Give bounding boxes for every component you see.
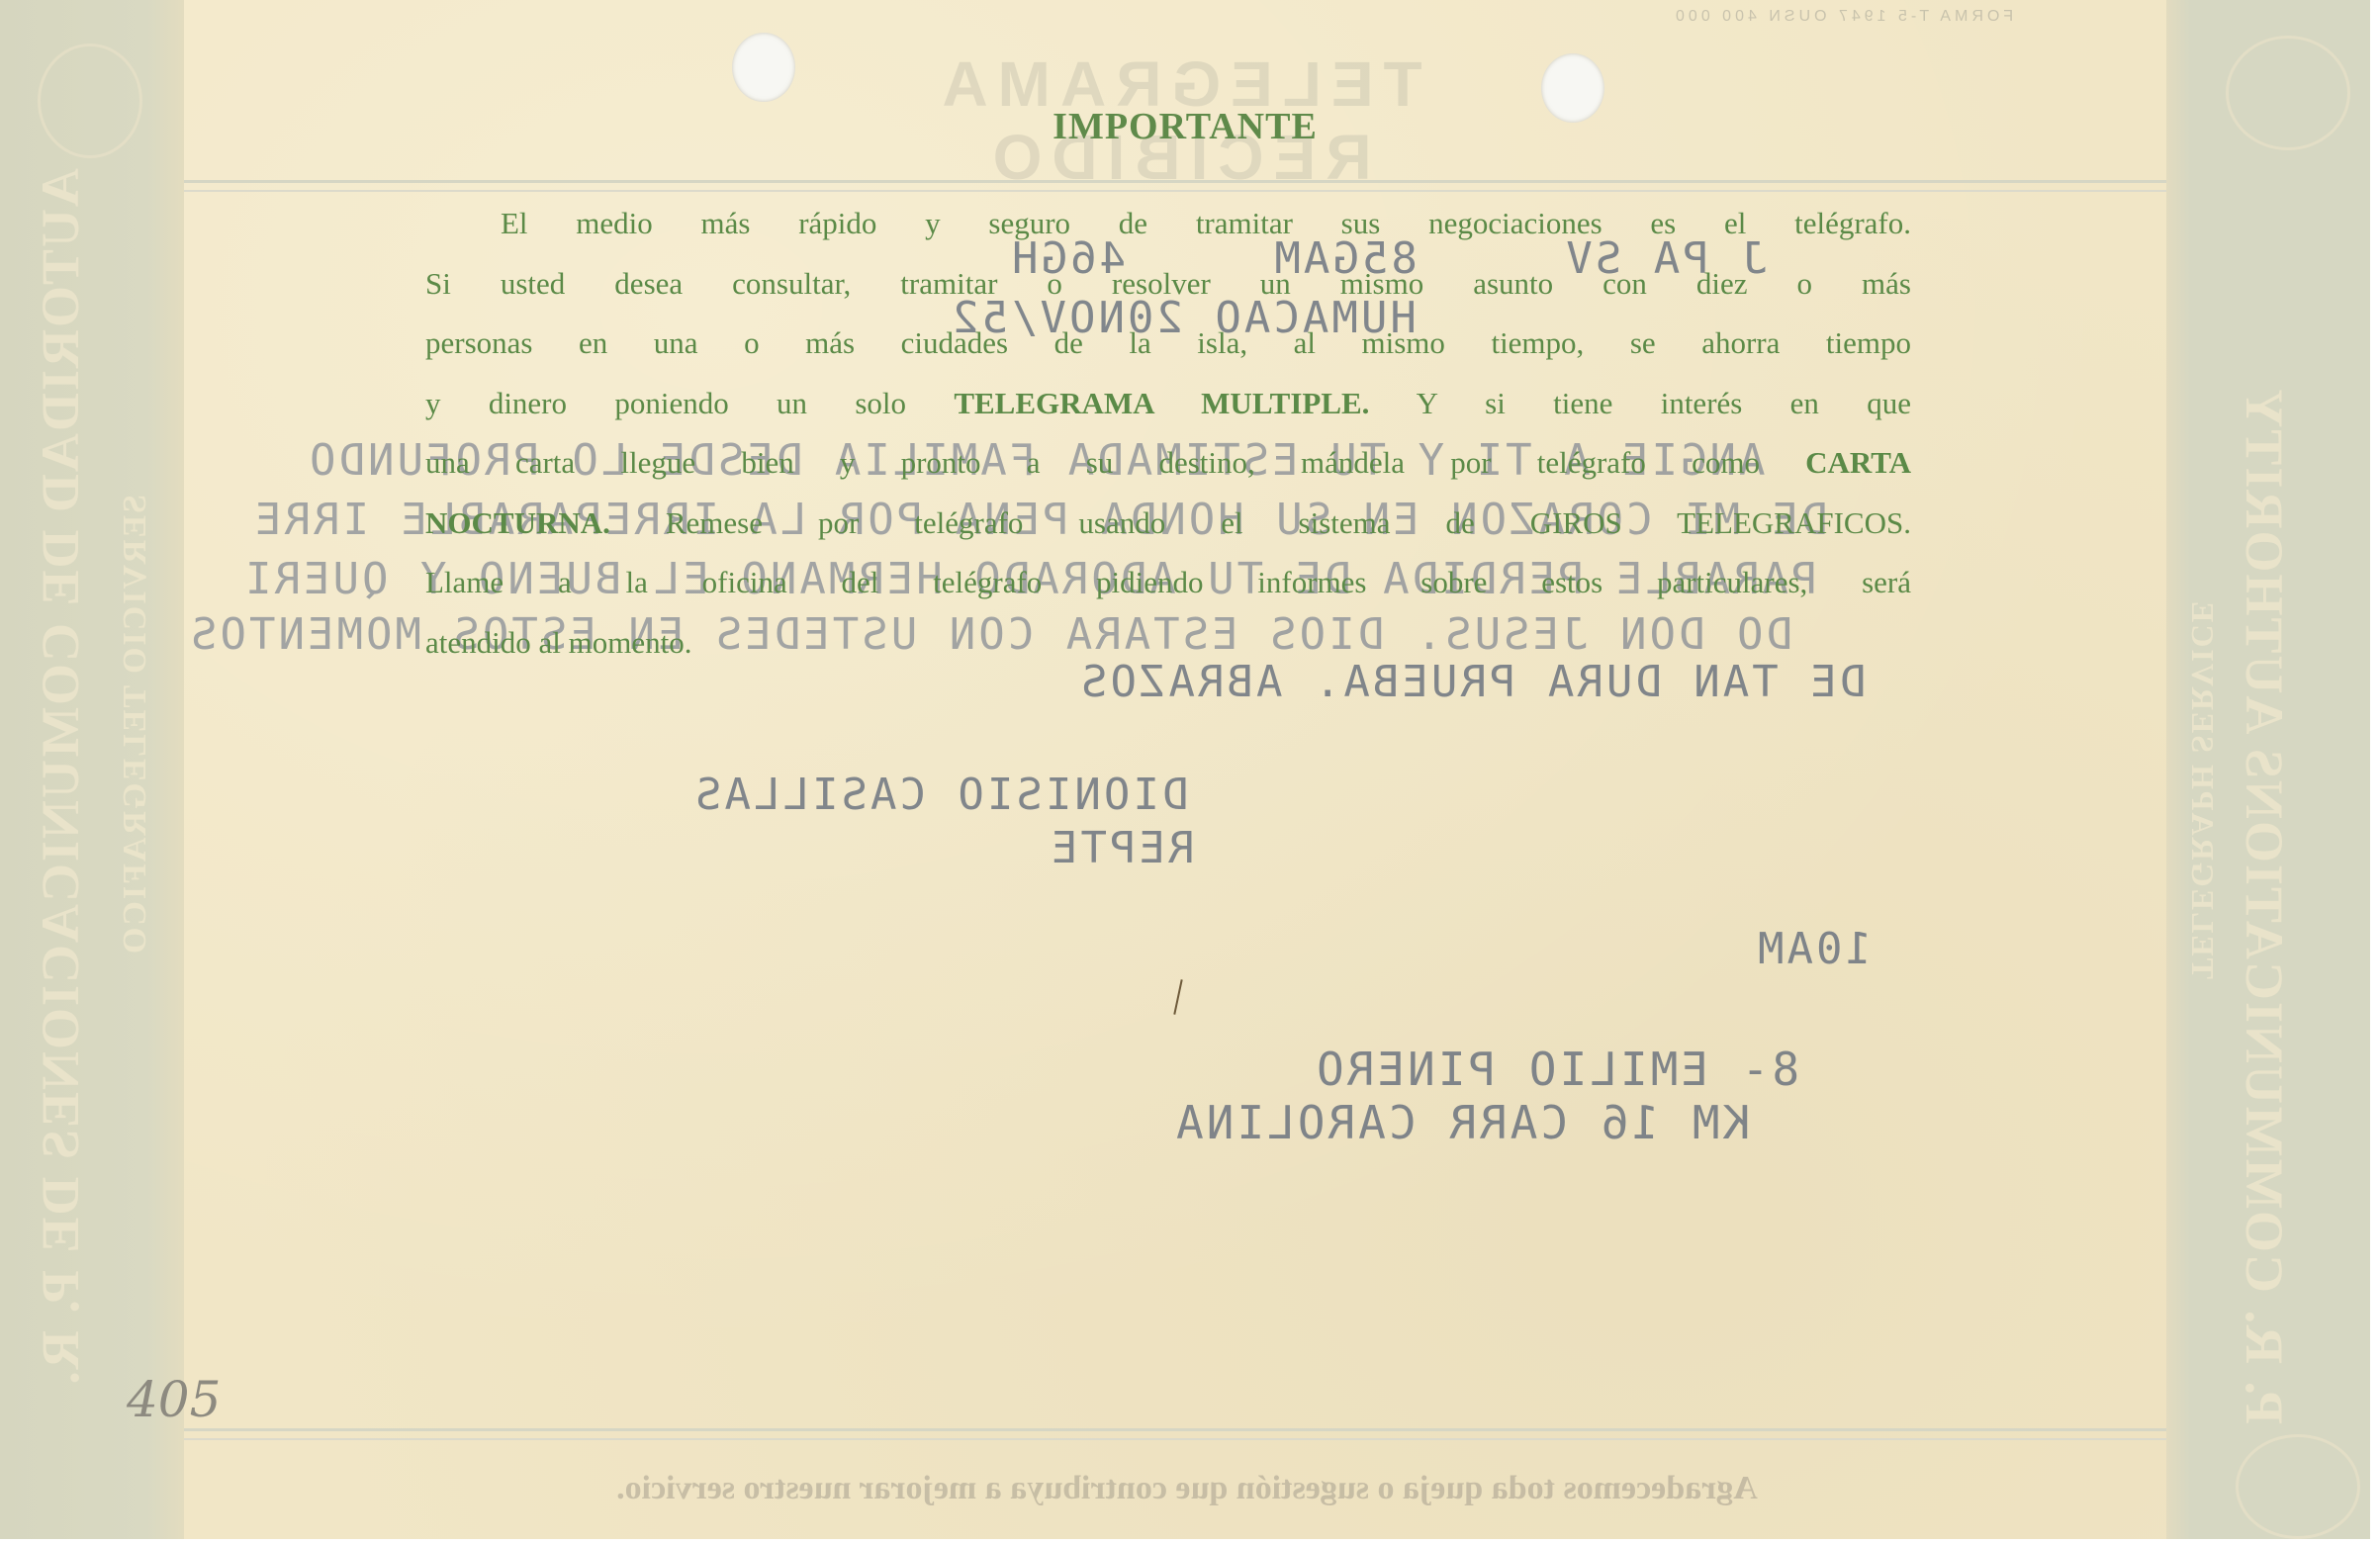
notice-line: Llame a la oficina del telégrafo pidiend… xyxy=(425,553,1911,613)
left-band-authority-text: AUTORIDAD DE COMUNICACIONES DE P. R. xyxy=(30,168,91,1387)
notice-line: El medio más rápido y seguro de tramitar… xyxy=(425,194,1911,254)
punch-hole-left xyxy=(732,33,795,102)
signature-title: REPTE xyxy=(1049,823,1194,873)
notice-line: una carta llegue bien y pronto a su dest… xyxy=(425,433,1911,494)
right-band-service-text: TELEGRAPH SERVICE xyxy=(2184,599,2221,979)
telegram-card: AUTORIDAD DE COMUNICACIONES DE P. R. SER… xyxy=(0,0,2370,1539)
right-side-band: P. R. COMMUNICATIONS AUTHORITY TELEGRAPH… xyxy=(2166,0,2370,1539)
handwritten-number: 405 xyxy=(127,1371,221,1428)
pen-mark xyxy=(1173,979,1182,1015)
address-line-1: 8- EMILIO PINERO xyxy=(1314,1043,1799,1096)
notice-line: atendido al momento. xyxy=(425,613,1911,674)
seal-icon xyxy=(2236,1434,2360,1539)
notice-body: El medio más rápido y seguro de tramitar… xyxy=(425,194,1911,673)
notice-line: Si usted desea consultar, tramitar o res… xyxy=(425,254,1911,315)
notice-line: NOCTURNA. Remese por telégrafo usando el… xyxy=(425,494,1911,554)
top-rule-thin xyxy=(184,190,2166,192)
bottom-rule xyxy=(184,1428,2166,1431)
footer-ghost-text: Agradecemos toda queja o sugestión que c… xyxy=(376,1470,1998,1507)
top-rule xyxy=(184,180,2166,183)
address-line-2: KM 16 CARR CAROLINA xyxy=(1173,1096,1750,1149)
bottom-rule-thin xyxy=(184,1438,2166,1440)
notice-line: personas en una o más ciudades de la isl… xyxy=(425,314,1911,374)
form-number-ghost: FORMA T-5 1947 OUSN 400 000 xyxy=(1672,8,2013,26)
notice-title: IMPORTANTE xyxy=(0,105,2370,148)
left-side-band: AUTORIDAD DE COMUNICACIONES DE P. R. SER… xyxy=(0,0,184,1539)
notice-line: y dinero poniendo un solo TELEGRAMA MULT… xyxy=(425,374,1911,434)
time-received: 10AM xyxy=(1755,924,1872,974)
signature-name: DIONISIO CASILLAS xyxy=(692,770,1188,820)
left-band-service-text: SERVICIO TELEGRAFICO xyxy=(117,495,154,955)
right-band-authority-text: P. R. COMMUNICATIONS AUTHORITY xyxy=(2234,387,2295,1424)
